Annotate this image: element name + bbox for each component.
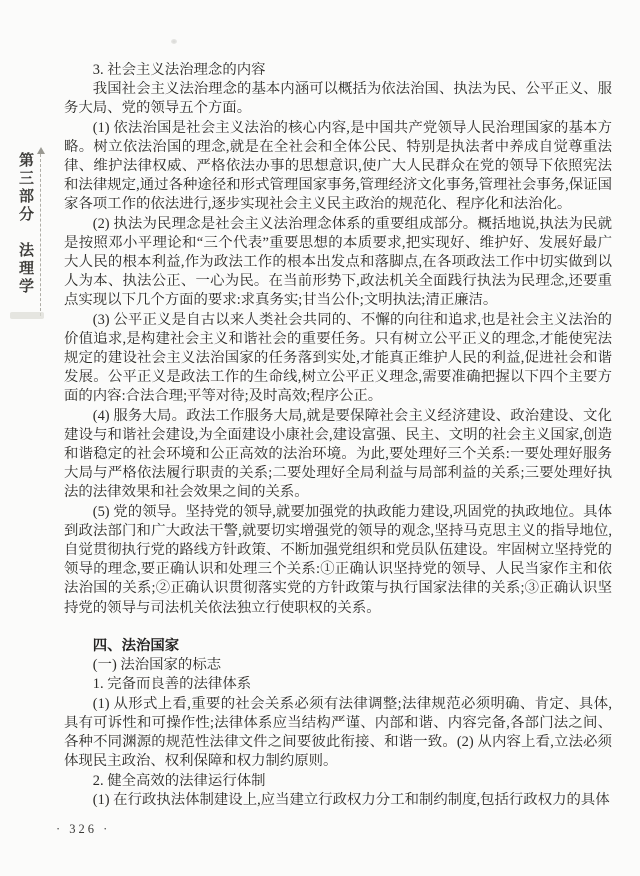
paragraph: (3) 公平正义是自古以来人类社会共同的、不懈的向往和追求,也是社会主义法治的价… [64, 311, 612, 407]
paragraph: (1) 从形式上看,重要的社会关系必须有法律调整;法律规范必须明确、肯定、具体,… [64, 695, 612, 772]
item-heading: 1. 完备而良善的法律体系 [64, 675, 612, 694]
scan-smudge [10, 312, 44, 319]
paragraph: (1) 依法治国是社会主义法治的核心内容,是中国共产党领导人民治理国家的基本方略… [64, 119, 612, 215]
paragraph: (4) 服务大局。政法工作服务大局,就是要保障社会主义经济建设、政治建设、文化建… [64, 407, 612, 503]
section-heading: 四、法治国家 [64, 637, 612, 656]
item-heading: 2. 健全高效的法律运行体制 [64, 772, 612, 791]
item-heading: 3. 社会主义法治理念的内容 [64, 61, 612, 80]
up-arrow-icon [37, 147, 45, 154]
paragraph: (5) 党的领导。坚持党的领导,就要加强党的执政能力建设,巩固党的执政地位。具体… [64, 503, 612, 618]
subsection-heading: (一) 法治国家的标志 [64, 656, 612, 675]
page-number: · 326 · [56, 822, 110, 837]
paragraph: (1) 在行政执法体制建设上,应当建立行政权力分工和制约制度,包括行政权力的具体 [64, 791, 612, 810]
paragraph: 我国社会主义法治理念的基本内涵可以概括为依法治国、执法为民、公平正义、服务大局、… [64, 80, 612, 118]
paragraph: (2) 执法为民理念是社会主义法治理念体系的重要组成部分。概括地说,执法为民就是… [64, 215, 612, 311]
sidebar-vertical-label: 第三部分法理学 [14, 152, 36, 296]
page-content: 3. 社会主义法治理念的内容我国社会主义法治理念的基本内涵可以概括为依法治国、执… [64, 61, 612, 810]
book-page: 第三部分法理学 3. 社会主义法治理念的内容我国社会主义法治理念的基本内涵可以概… [0, 0, 640, 876]
subject-label: 法理学 [17, 242, 33, 296]
chapter-sidebar: 第三部分法理学 [14, 152, 36, 296]
part-label: 第三部分 [17, 152, 33, 224]
sidebar-arrow-rule [40, 154, 41, 316]
scan-artifact-dot [171, 39, 177, 44]
